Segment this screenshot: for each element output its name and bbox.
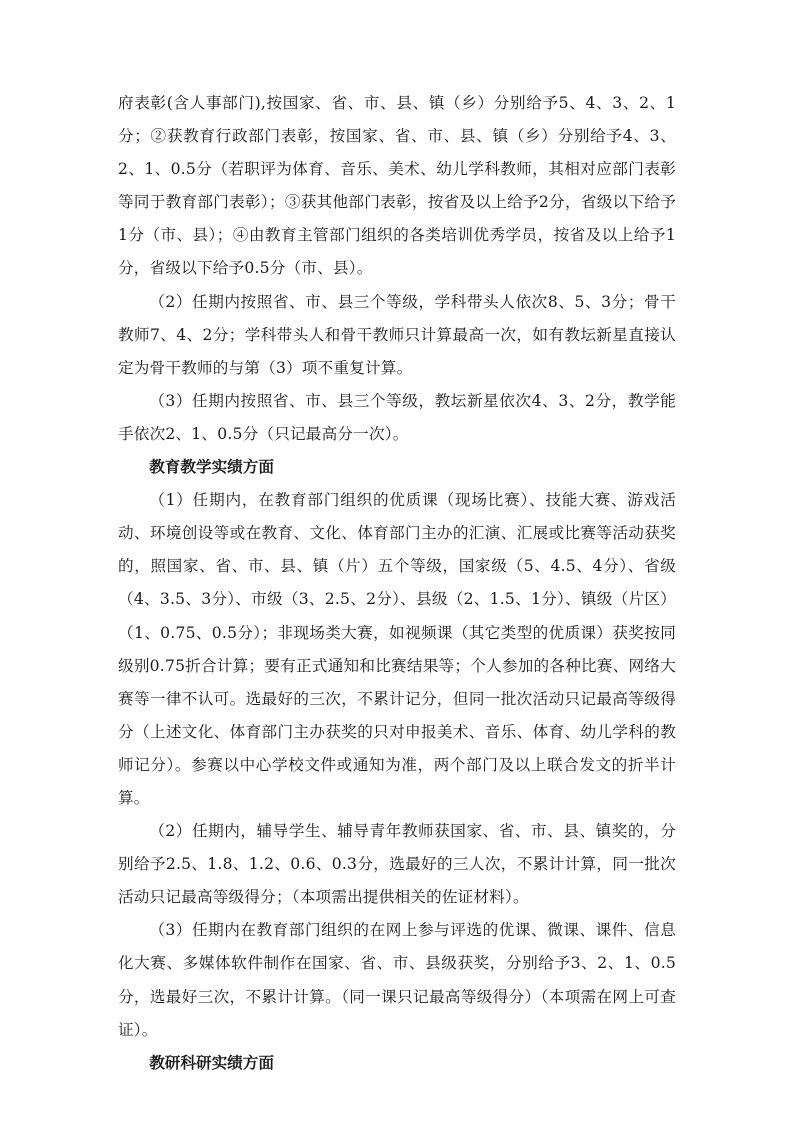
paragraph-subject-leader: （2）任期内按照省、市、县三个等级，学科带头人依次8、5、3分；骨干教师7、4、… [118,286,676,385]
paragraph-mentoring-awards: （2）任期内，辅导学生、辅导青年教师获国家、省、市、县、镇奖的，分别给予2.5、… [118,815,676,914]
section-heading-teaching-achievements: 教育教学实绩方面 [118,451,676,484]
paragraph-commendation-continued: 府表彰(含人事部门),按国家、省、市、县、镇（乡）分别给予5、4、3、2、1分；… [118,87,676,286]
paragraph-competition-awards: （1）任期内，在教育部门组织的优质课（现场比赛）、技能大赛、游戏活动、环境创设等… [118,484,676,815]
paragraph-online-awards: （3）任期内在教育部门组织的在网上参与评选的优课、微课、课件、信息化大赛、多媒体… [118,914,676,1046]
section-heading-research-achievements: 教研科研实绩方面 [118,1047,676,1080]
document-page: 府表彰(含人事部门),按国家、省、市、县、镇（乡）分别给予5、4、3、2、1分；… [118,87,676,1080]
paragraph-teaching-star: （3）任期内按照省、市、县三个等级，教坛新星依次4、3、2分，教学能手依次2、1… [118,385,676,451]
